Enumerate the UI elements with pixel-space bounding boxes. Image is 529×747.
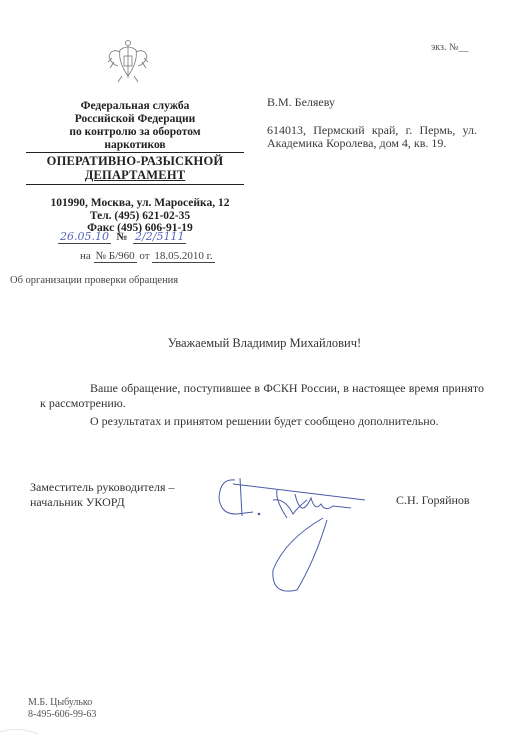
org-line: наркотиков bbox=[40, 139, 230, 152]
subject-line: Об организации проверки обращения bbox=[10, 275, 178, 286]
org-phone: Тел. (495) 621-02-35 bbox=[40, 210, 240, 223]
executor-info: М.Б. Цыбулько 8-495-606-99-63 bbox=[28, 697, 96, 721]
registration-line: 26.05.10 № 2/2/5111 bbox=[58, 231, 238, 243]
greeting: Уважаемый Владимир Михайлович! bbox=[0, 336, 529, 351]
recipient-name: В.М. Беляеву bbox=[267, 95, 335, 110]
signer-name: С.Н. Горяйнов bbox=[396, 493, 470, 508]
org-letterhead: Федеральная служба Российской Федерации … bbox=[40, 100, 230, 185]
reply-date: 18.05.2010 г. bbox=[152, 250, 214, 263]
org-contacts: 101990, Москва, ул. Маросейка, 12 Тел. (… bbox=[40, 197, 240, 235]
reply-number: № Б/960 bbox=[94, 250, 137, 263]
copy-number: экз. №__ bbox=[431, 42, 469, 53]
russian-coat-of-arms-icon bbox=[106, 38, 150, 84]
department-name: ОПЕРАТИВНО-РАЗЫСКНОЙ ДЕПАРТАМЕНТ bbox=[26, 152, 244, 185]
number-label: № bbox=[116, 231, 127, 243]
recipient-address: 614013, Пермский край, г. Пермь, ул. Ака… bbox=[267, 124, 477, 150]
org-line: Федеральная служба bbox=[40, 100, 230, 113]
reply-reference: на № Б/960 от 18.05.2010 г. bbox=[80, 250, 215, 262]
scan-edge-artifact bbox=[0, 720, 40, 747]
letter-body: Ваше обращение, поступившее в ФСКН Росси… bbox=[40, 381, 484, 432]
registration-number: 2/2/5111 bbox=[133, 230, 186, 244]
body-paragraph: О результатах и принятом решении будет с… bbox=[40, 414, 484, 429]
registration-date: 26.05.10 bbox=[58, 230, 111, 244]
executor-name: М.Б. Цыбулько bbox=[28, 697, 96, 709]
org-line: Российской Федерации bbox=[40, 113, 230, 126]
body-paragraph: Ваше обращение, поступившее в ФСКН Росси… bbox=[40, 381, 484, 411]
signer-title: Заместитель руководителя – начальник УКО… bbox=[30, 480, 175, 510]
org-address: 101990, Москва, ул. Маросейка, 12 bbox=[40, 197, 240, 210]
org-line: по контролю за оборотом bbox=[40, 126, 230, 139]
handwritten-signature bbox=[215, 470, 375, 600]
